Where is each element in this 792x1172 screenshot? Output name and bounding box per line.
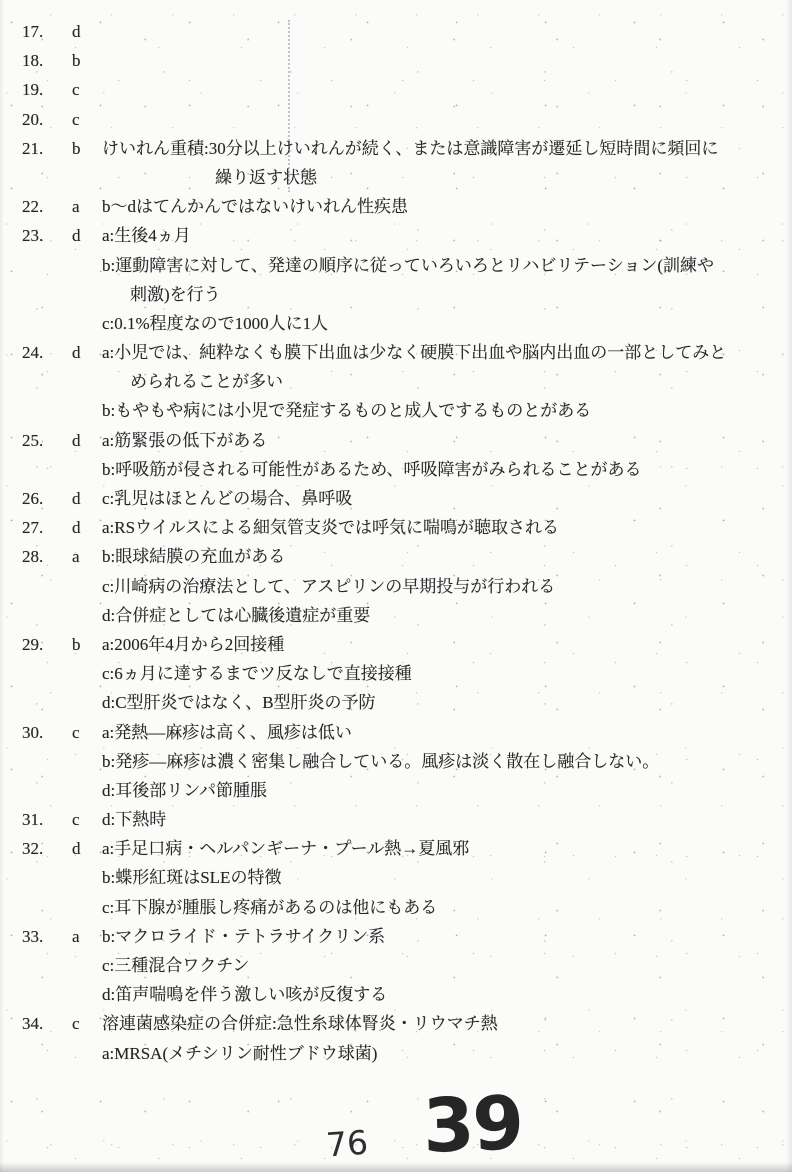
answer-letter: d [72,338,102,367]
explanation-line: d:合併症としては心臓後遺症が重要 [102,601,792,630]
scan-edge-left [0,0,4,1172]
explanation-text: a:2006年4月から2回接種 [102,630,284,659]
explanation-line: 繰り返す状態 [215,163,792,192]
answer-item: 27.da:RSウイルスによる細気管支炎では呼気に喘鳴が聴取される [0,513,792,542]
answer-letter: a [72,542,102,571]
answer-item: 34.c溶連菌感染症の合併症:急性糸球体腎炎・リウマチ熱a:MRSA(メチシリン… [0,1009,792,1067]
answer-key-list: 17.d18.b19.c20.c21.bけいれん重積:30分以上けいれんが続く、… [0,17,792,1068]
question-number: 28. [22,542,72,571]
explanation-line: められることが多い [130,367,792,396]
answer-item-first-line: 24.da:小児では、純粋なくも膜下出血は少なく硬膜下出血や脳内出血の一部として… [0,338,792,367]
explanation-text: b:眼球結膜の充血がある [102,542,285,571]
answer-letter: b [72,134,102,163]
explanation-text: b〜dはてんかんではないけいれん性疾患 [102,192,408,221]
answer-letter: a [72,922,102,951]
answer-item: 24.da:小児では、純粋なくも膜下出血は少なく硬膜下出血や脳内出血の一部として… [0,338,792,426]
answer-letter: c [72,805,102,834]
explanation-line: a:MRSA(メチシリン耐性ブドウ球菌) [102,1039,792,1068]
answer-letter: b [72,630,102,659]
answer-item: 25.da:筋緊張の低下があるb:呼吸筋が侵される可能性があるため、呼吸障害がみ… [0,426,792,484]
question-number: 33. [22,922,72,951]
explanation-text: c:乳児はほとんどの場合、鼻呼吸 [102,484,352,513]
answer-letter: c [72,75,102,104]
explanation-line: 刺激)を行う [130,280,792,309]
answer-item: 31.cd:下熱時 [0,805,792,834]
answer-item-first-line: 18.b [0,46,792,75]
explanation-text: a:RSウイルスによる細気管支炎では呼気に喘鳴が聴取される [102,513,559,542]
explanation-line: c:0.1%程度なので1000人に1人 [102,309,792,338]
question-number: 17. [22,17,72,46]
answer-item-first-line: 34.c溶連菌感染症の合併症:急性糸球体腎炎・リウマチ熱 [0,1009,792,1038]
explanation-line: c:6ヵ月に達するまでツ反なしで直接接種 [102,659,792,688]
question-number: 25. [22,426,72,455]
question-number: 30. [22,718,72,747]
answer-item-first-line: 26.dc:乳児はほとんどの場合、鼻呼吸 [0,484,792,513]
explanation-text: a:手足口病・ヘルパンギーナ・プール熱→夏風邪 [102,834,469,863]
answer-item: 19.c [0,75,792,104]
question-number: 31. [22,805,72,834]
explanation-text: a:生後4ヵ月 [102,221,191,250]
explanation-line: b:呼吸筋が侵される可能性があるため、呼吸障害がみられることがある [102,455,792,484]
answer-item-first-line: 25.da:筋緊張の低下がある [0,426,792,455]
explanation-line: c:川崎病の治療法として、アスピリンの早期投与が行われる [102,572,792,601]
explanation-text: d:下熱時 [102,805,166,834]
question-number: 26. [22,484,72,513]
answer-letter: c [72,105,102,134]
handwritten-page-number: 76 [325,1125,369,1164]
answer-item: 32.da:手足口病・ヘルパンギーナ・プール熱→夏風邪b:蝶形紅斑はSLEの特徴… [0,834,792,922]
scanned-answer-sheet-page: 17.d18.b19.c20.c21.bけいれん重積:30分以上けいれんが続く、… [0,0,792,1172]
question-number: 22. [22,192,72,221]
explanation-text: a:小児では、純粋なくも膜下出血は少なく硬膜下出血や脳内出血の一部としてみと [102,338,726,367]
answer-item: 17.d [0,17,792,46]
answer-item-first-line: 27.da:RSウイルスによる細気管支炎では呼気に喘鳴が聴取される [0,513,792,542]
question-number: 23. [22,221,72,250]
explanation-line: d:笛声喘鳴を伴う激しい咳が反復する [102,980,792,1009]
answer-item-first-line: 31.cd:下熱時 [0,805,792,834]
scan-edge-bottom [0,1162,792,1172]
explanation-line: b:もやもや病には小児で発症するものと成人でするものとがある [102,396,792,425]
answer-item: 20.c [0,105,792,134]
explanation-text: けいれん重積:30分以上けいれんが続く、または意識障害が遷延し短時間に頻回に [102,134,718,163]
question-number: 32. [22,834,72,863]
explanation-line: c:耳下腺が腫脹し疼痛があるのは他にもある [102,893,792,922]
answer-item-first-line: 28.ab:眼球結膜の充血がある [0,542,792,571]
answer-item: 28.ab:眼球結膜の充血があるc:川崎病の治療法として、アスピリンの早期投与が… [0,542,792,630]
explanation-text: b:マクロライド・テトラサイクリン系 [102,922,385,951]
answer-letter: d [72,834,102,863]
answer-letter: c [72,718,102,747]
answer-letter: d [72,484,102,513]
answer-item-first-line: 22.ab〜dはてんかんではないけいれん性疾患 [0,192,792,221]
question-number: 20. [22,105,72,134]
answer-item: 33.ab:マクロライド・テトラサイクリン系c:三種混合ワクチンd:笛声喘鳴を伴… [0,922,792,1010]
answer-item: 22.ab〜dはてんかんではないけいれん性疾患 [0,192,792,221]
answer-letter: d [72,17,102,46]
answer-item-first-line: 23.da:生後4ヵ月 [0,221,792,250]
answer-letter: d [72,513,102,542]
explanation-line: b:発疹―麻疹は濃く密集し融合している。風疹は淡く散在し融合しない。 [102,747,792,776]
answer-item-first-line: 17.d [0,17,792,46]
question-number: 29. [22,630,72,659]
answer-item: 29.ba:2006年4月から2回接種c:6ヵ月に達するまでツ反なしで直接接種d… [0,630,792,718]
answer-item-first-line: 33.ab:マクロライド・テトラサイクリン系 [0,922,792,951]
answer-item: 23.da:生後4ヵ月b:運動障害に対して、発達の順序に従っていろいろとリハビリ… [0,221,792,338]
answer-letter: d [72,426,102,455]
explanation-line: b:運動障害に対して、発達の順序に従っていろいろとリハビリテーション(訓練や [102,251,792,280]
question-number: 21. [22,134,72,163]
question-number: 19. [22,75,72,104]
question-number: 27. [22,513,72,542]
explanation-text: a:筋緊張の低下がある [102,426,267,455]
answer-letter: b [72,46,102,75]
explanation-line: b:蝶形紅斑はSLEの特徴 [102,863,792,892]
answer-item: 26.dc:乳児はほとんどの場合、鼻呼吸 [0,484,792,513]
answer-letter: c [72,1009,102,1038]
answer-item: 30.ca:発熱―麻疹は高く、風疹は低いb:発疹―麻疹は濃く密集し融合している。… [0,718,792,806]
answer-item-first-line: 32.da:手足口病・ヘルパンギーナ・プール熱→夏風邪 [0,834,792,863]
answer-letter: d [72,221,102,250]
answer-item-first-line: 20.c [0,105,792,134]
explanation-line: c:三種混合ワクチン [102,951,792,980]
answer-item-first-line: 21.bけいれん重積:30分以上けいれんが続く、または意識障害が遷延し短時間に頻… [0,134,792,163]
scan-edge-right [786,0,792,1172]
question-number: 18. [22,46,72,75]
answer-item-first-line: 29.ba:2006年4月から2回接種 [0,630,792,659]
question-number: 24. [22,338,72,367]
explanation-line: d:耳後部リンパ節腫脹 [102,776,792,805]
answer-letter: a [72,192,102,221]
explanation-line: d:C型肝炎ではなく、B型肝炎の予防 [102,688,792,717]
answer-item: 18.b [0,46,792,75]
handwritten-score-number: 39 [422,1084,524,1165]
question-number: 34. [22,1009,72,1038]
explanation-text: a:発熱―麻疹は高く、風疹は低い [102,718,352,747]
answer-item-first-line: 30.ca:発熱―麻疹は高く、風疹は低い [0,718,792,747]
explanation-text: 溶連菌感染症の合併症:急性糸球体腎炎・リウマチ熱 [102,1009,498,1038]
answer-item: 21.bけいれん重積:30分以上けいれんが続く、または意識障害が遷延し短時間に頻… [0,134,792,192]
answer-item-first-line: 19.c [0,75,792,104]
